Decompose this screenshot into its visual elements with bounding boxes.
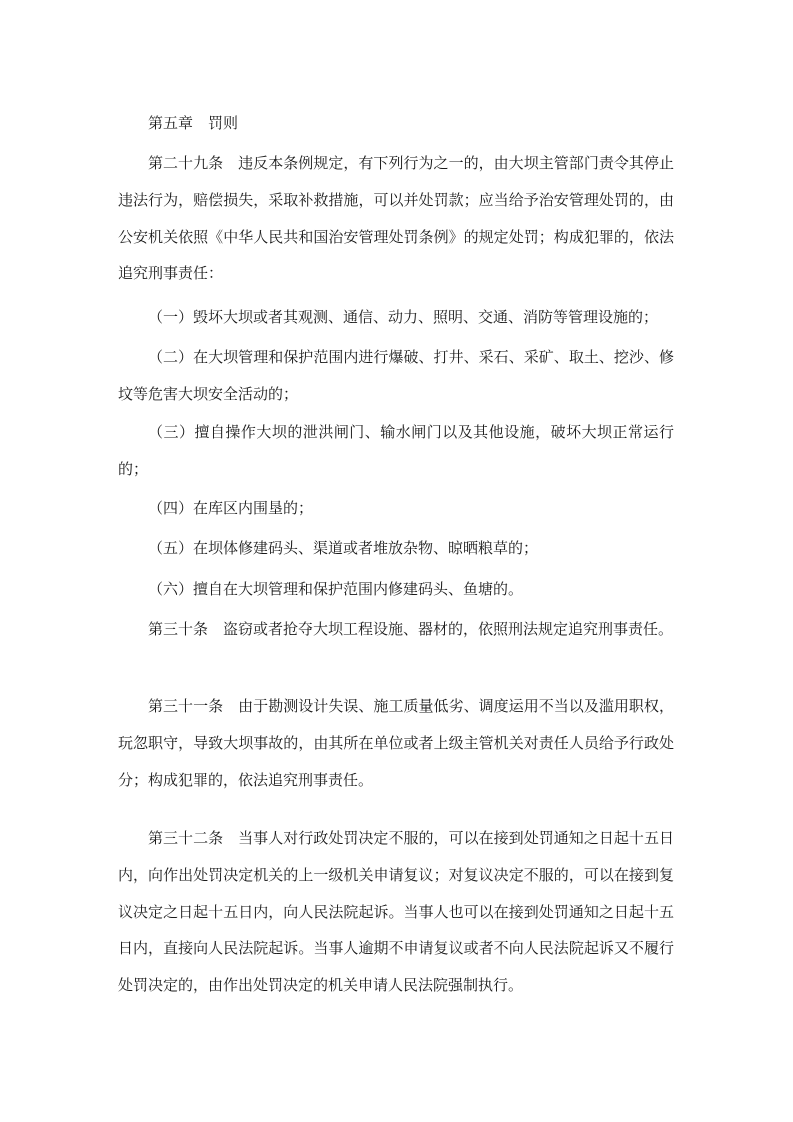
article-29-item-2: （二）在大坝管理和保护范围内进行爆破、打井、采石、采矿、取土、挖沙、修坟等危害大… — [118, 339, 674, 413]
article-number: 第三十一条 — [148, 697, 223, 715]
article-29: 第二十九条违反本条例规定，有下列行为之一的，由大坝主管部门责令其停止违法行为，赔… — [118, 145, 674, 292]
article-30: 第三十条盗窃或者抢夺大坝工程设施、器材的，依照刑法规定追究刑事责任。 — [118, 611, 674, 648]
article-29-item-1: （一）毁坏大坝或者其观测、通信、动力、照明、交通、消防等管理设施的； — [118, 299, 674, 336]
article-32: 第三十二条当事人对行政处罚决定不服的，可以在接到处罚通知之日起十五日内，向作出处… — [118, 820, 674, 1004]
article-29-item-4: （四）在库区内围垦的； — [118, 490, 674, 527]
chapter-heading: 第五章罚则 — [118, 105, 674, 142]
article-text: 违反本条例规定，有下列行为之一的，由大坝主管部门责令其停止违法行为，赔偿损失，采… — [118, 154, 674, 282]
article-29-item-6: （六）擅自在大坝管理和保护范围内修建码头、鱼塘的。 — [118, 571, 674, 608]
article-number: 第三十二条 — [148, 829, 223, 847]
article-text: 当事人对行政处罚决定不服的，可以在接到处罚通知之日起十五日内，向作出处罚决定机关… — [118, 829, 674, 994]
article-31: 第三十一条由于勘测设计失误、施工质量低劣、调度运用不当以及滥用职权，玩忽职守，导… — [118, 688, 674, 798]
article-29-item-5: （五）在坝体修建码头、渠道或者堆放杂物、晾晒粮草的； — [118, 530, 674, 567]
article-text: 盗窃或者抢夺大坝工程设施、器材的，依照刑法规定追究刑事责任。 — [223, 620, 673, 638]
article-number: 第三十条 — [148, 620, 208, 638]
article-number: 第二十九条 — [148, 154, 223, 172]
chapter-number: 第五章 — [148, 114, 193, 132]
article-29-item-3: （三）擅自操作大坝的泄洪闸门、输水闸门以及其他设施，破坏大坝正常运行的； — [118, 414, 674, 488]
chapter-title: 罚则 — [208, 114, 238, 132]
